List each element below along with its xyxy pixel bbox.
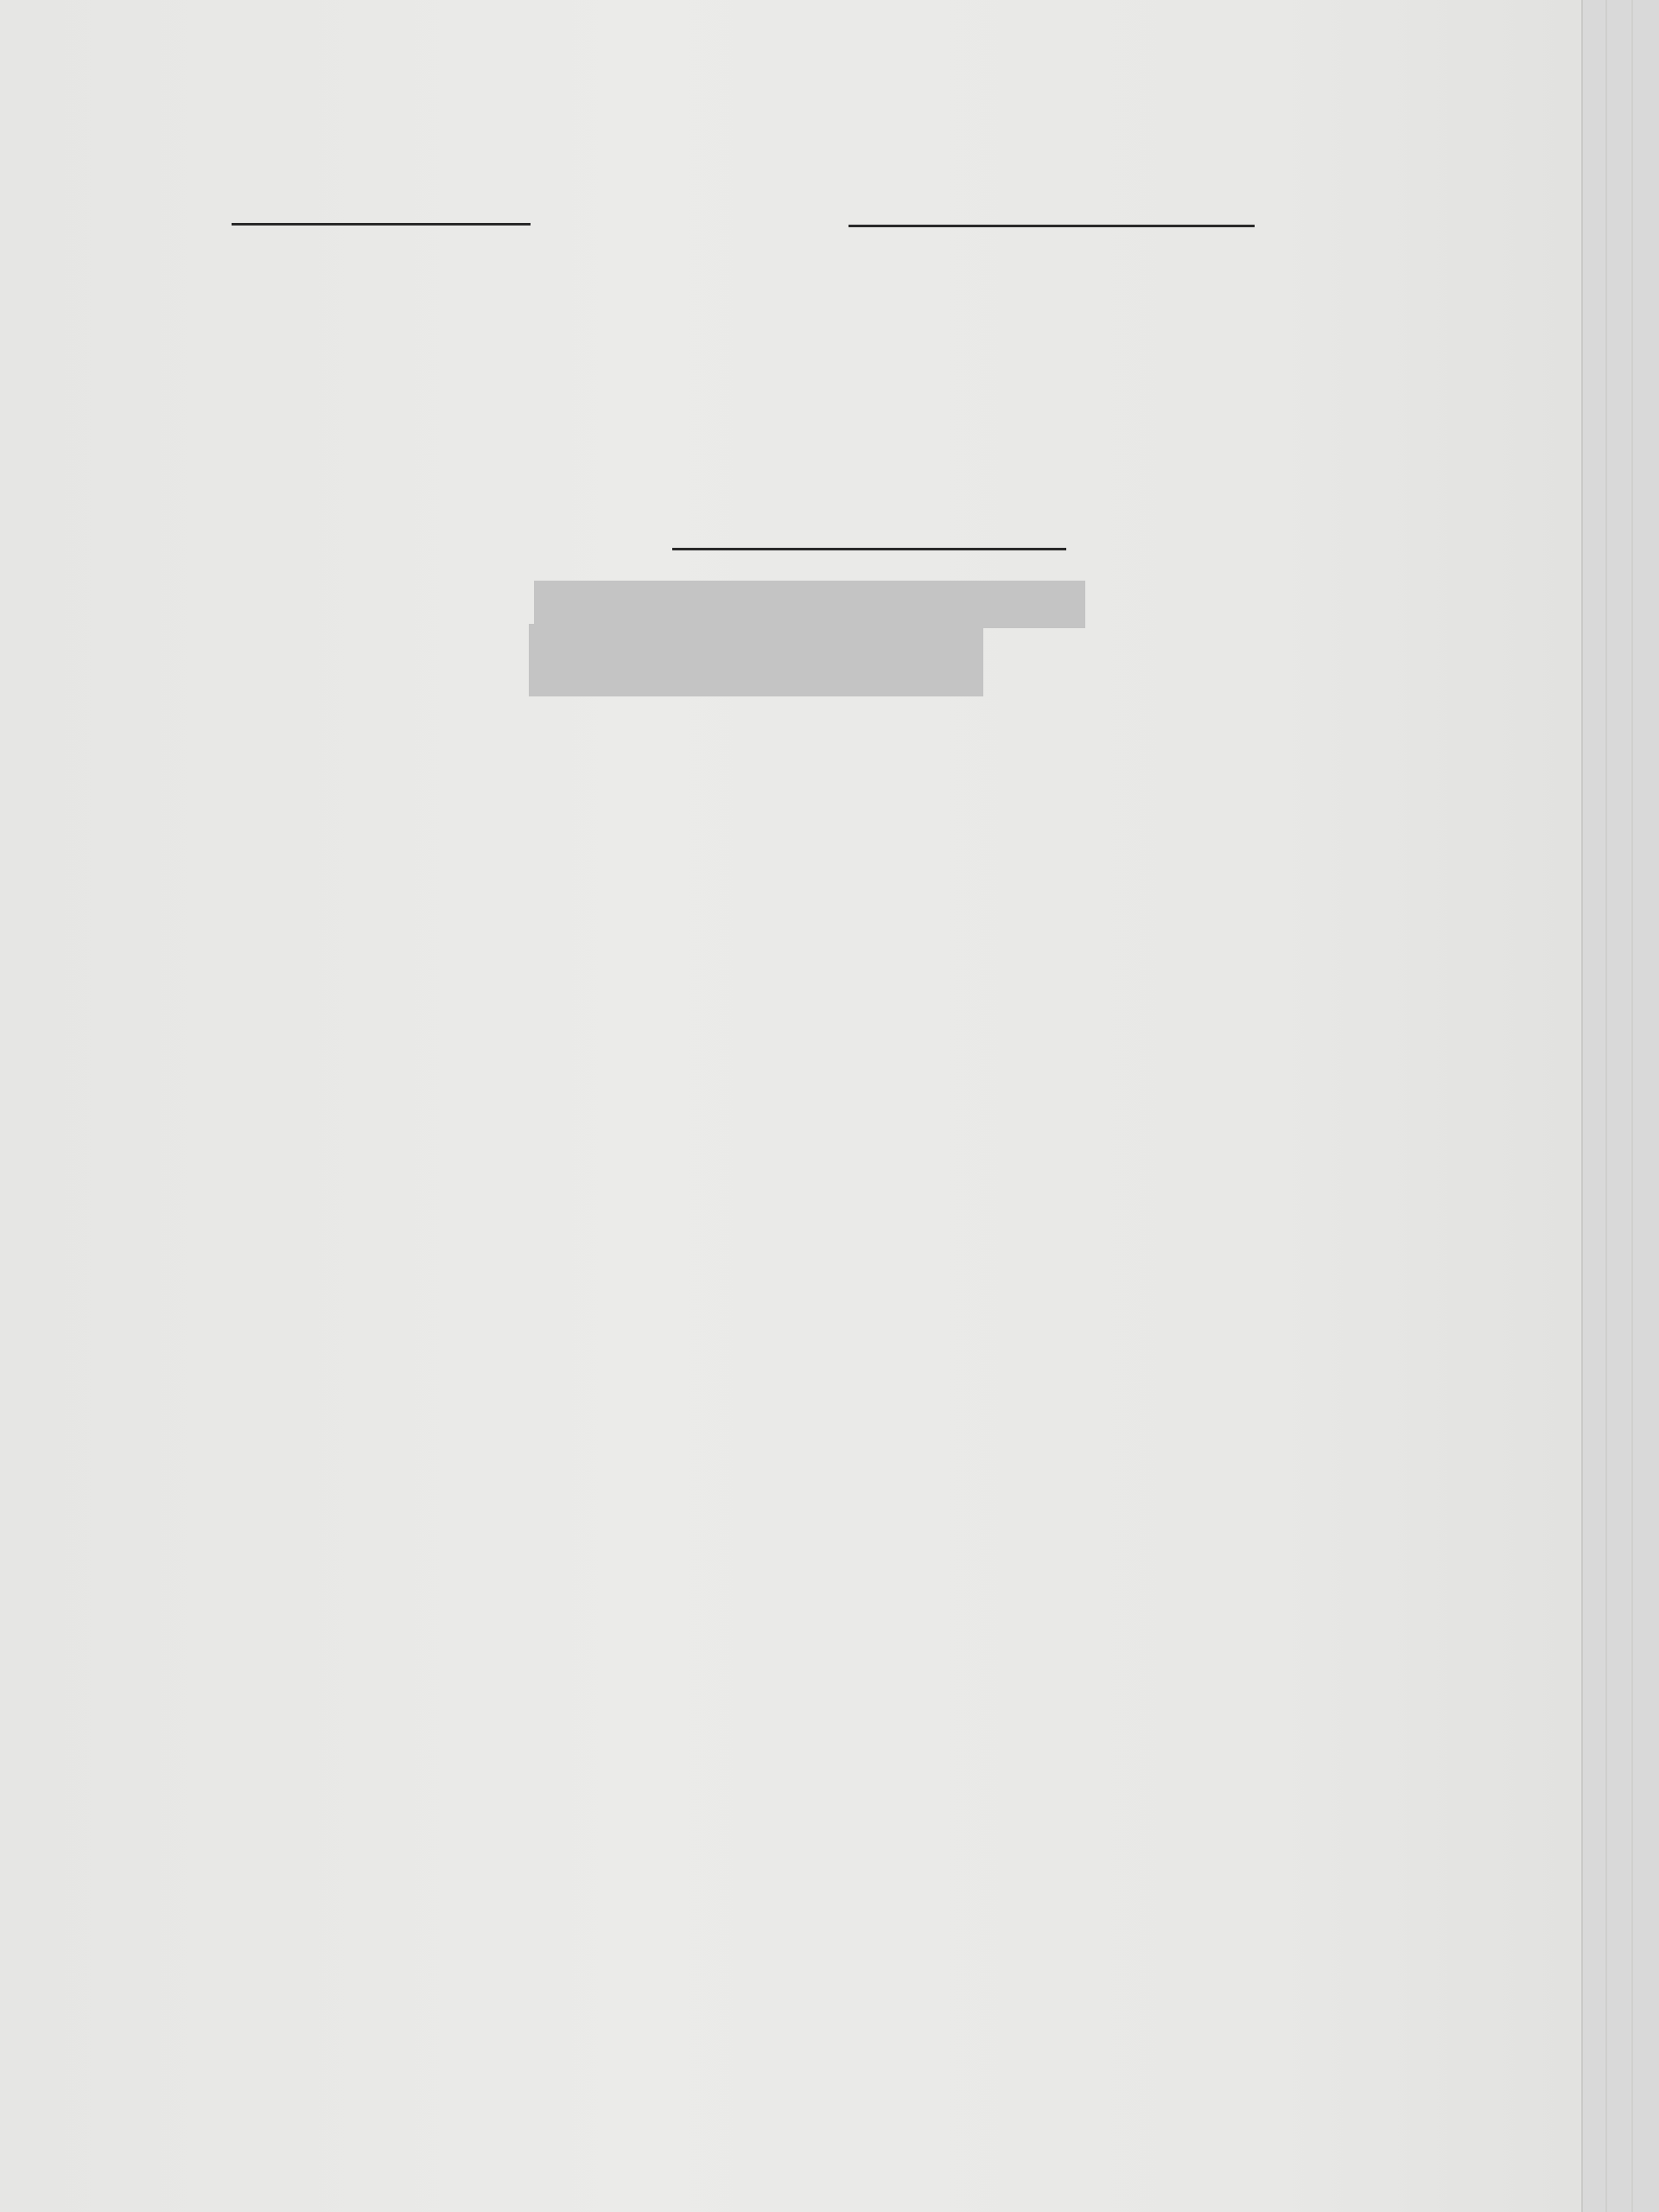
- paper-edge: [1631, 0, 1633, 2212]
- document-page: [0, 0, 1581, 2212]
- title-underline: [672, 548, 1066, 550]
- redact-spacer: [268, 959, 888, 1002]
- issuer-underline: [232, 223, 531, 226]
- redacted-recipient-address: [529, 624, 983, 696]
- paper-edge: [1581, 0, 1583, 2212]
- motto-underline: [849, 225, 1255, 227]
- redacted-recipient: [534, 581, 1085, 628]
- paper-edge: [1605, 0, 1607, 2212]
